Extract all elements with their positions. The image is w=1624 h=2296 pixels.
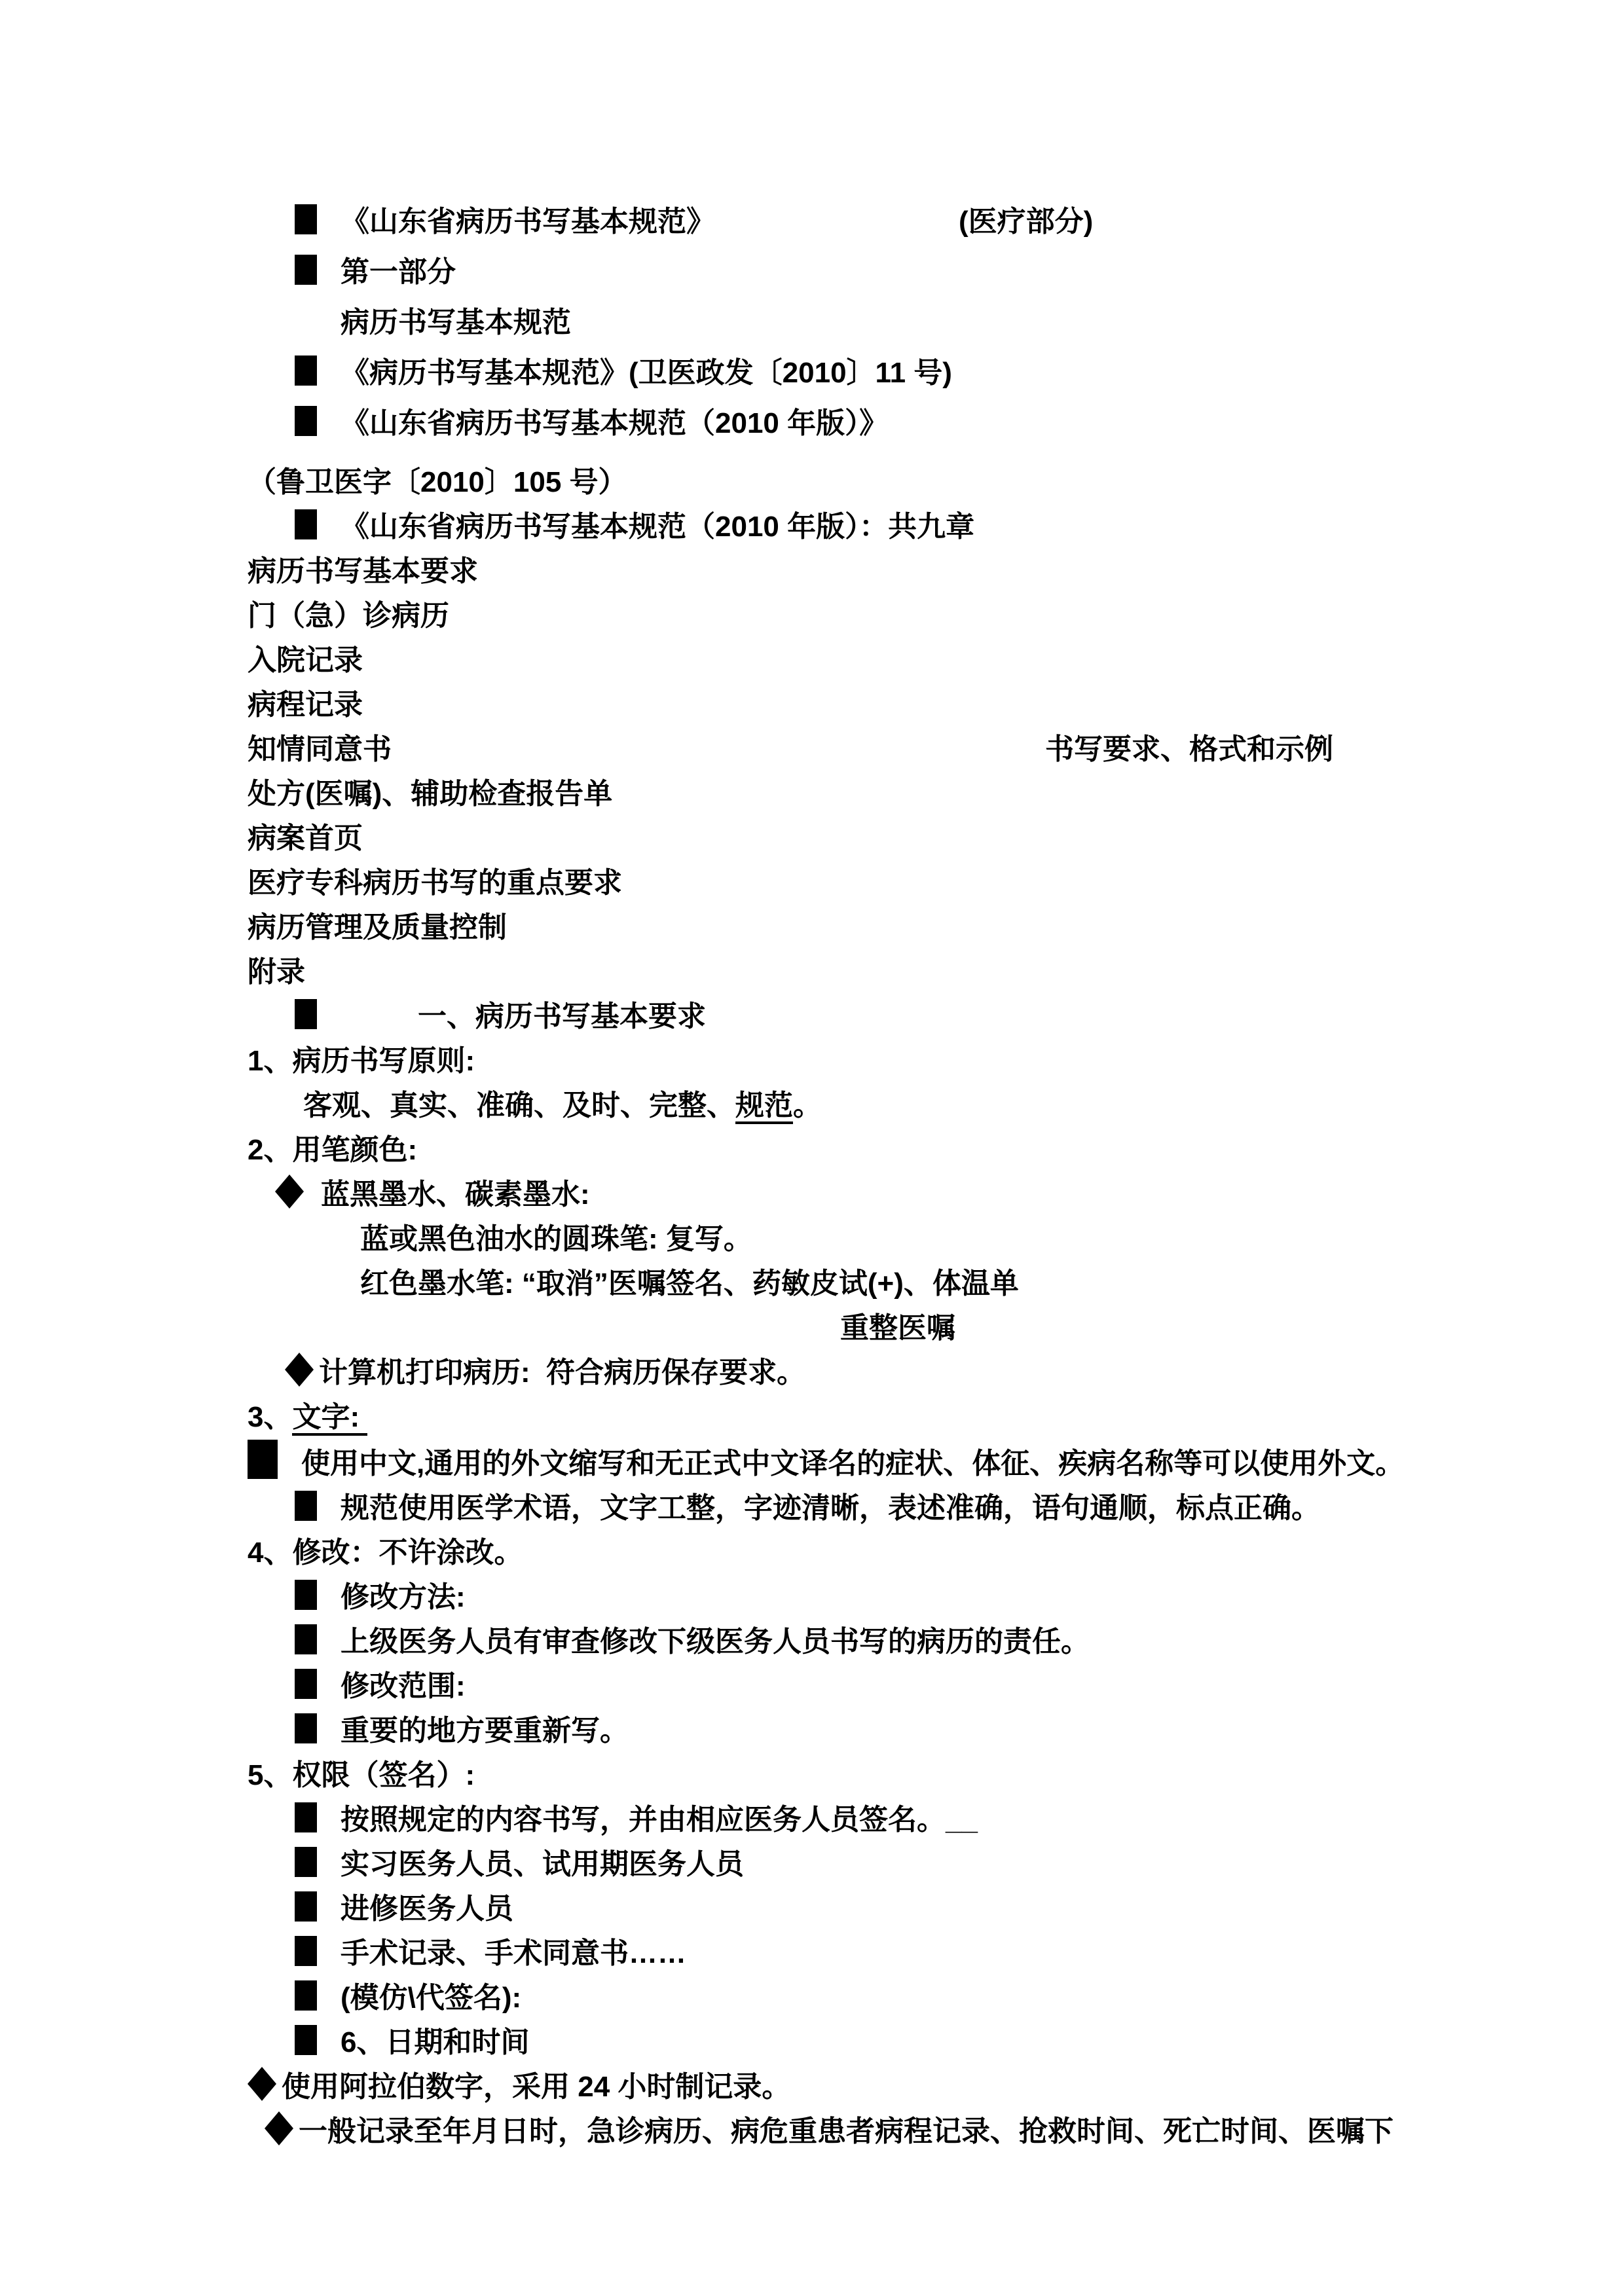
line-text: 3、 [248,1401,292,1433]
line-text: 红色墨水笔: “取消”医嘱签名、药敏皮试(+)、体温单 [360,1267,1019,1300]
line-text: 。 [793,1089,822,1121]
text-line: 按照规定的内容书写，并由相应医务人员签名。__ [0,1798,1624,1842]
text-line: 6、日期和时间 [0,2020,1624,2065]
line-text: 处方(医嘱)、辅助检查报告单 [248,778,612,810]
bullet-square-icon [295,1936,317,1966]
text-line: 入院记录 [0,638,1624,683]
line-text: （鲁卫医字〔2010〕105 号） [248,466,627,498]
bullet-square-icon [295,255,317,285]
line-text: 第一部分 [341,256,456,288]
line-text: 进修医务人员 [341,1893,513,1925]
line-text: 使用中文,通用的外文缩写和无正式中文译名的症状、体征、疾病名称等可以使用外文。 [301,1448,1404,1480]
text-line: 修改方法: [0,1575,1624,1620]
line-text: 《山东省病历书写基本规范》 [341,206,715,238]
line-text: 《病历书写基本规范》(卫医政发〔2010〕11 号) [341,357,952,389]
line-text: 一、病历书写基本要求 [418,1000,706,1032]
line-text: (模仿\代签名): [341,1982,521,2014]
text-line: 病程记录 [0,683,1624,727]
text-line: 红色墨水笔: “取消”医嘱签名、药敏皮试(+)、体温单 [0,1262,1624,1306]
bullet-square-icon [295,406,317,436]
text-line: 重整医嘱 [0,1306,1624,1351]
line-text: 计算机打印病历: 符合病历保存要求。 [319,1357,805,1389]
text-line: 病案首页 [0,816,1624,861]
text-line: 《山东省病历书写基本规范（2010 年版）：共九章 [0,505,1624,549]
text-line: 重要的地方要重新写。 [0,1709,1624,1753]
line-text: 病历书写基本要求 [248,555,478,587]
line-text: 蓝或黑色油水的圆珠笔: 复写。 [360,1223,752,1255]
line-text: 《山东省病历书写基本规范（2010 年版）：共九章 [341,511,974,543]
bullet-square-icon [295,1802,317,1832]
line-text: 使用阿拉伯数字，采用 24 小时制记录。 [282,2071,790,2103]
line-text: 病历书写基本规范 [341,306,571,338]
bullet-diamond-icon [248,2067,276,2101]
line-text: 病案首页 [248,822,363,854]
bullet-square-icon [248,1440,278,1479]
text-line: 计算机打印病历: 符合病历保存要求。 [0,1351,1624,1395]
right-aligned-text: (医疗部分) [959,200,1093,244]
text-line: 医疗专科病历书写的重点要求 [0,861,1624,905]
text-line: 病历书写基本规范 [0,301,1624,345]
bullet-square-icon [295,1713,317,1743]
line-text: 按照规定的内容书写，并由相应医务人员签名。__ [341,1804,978,1836]
text-line: 门（急）诊病历 [0,594,1624,638]
text-line: 病历管理及质量控制 [0,905,1624,950]
bullet-diamond-icon [275,1175,304,1209]
text-line: 附录 [0,950,1624,994]
line-text: 重要的地方要重新写。 [341,1715,629,1747]
document-page: 《山东省病历书写基本规范》(医疗部分) 第一部分 病历书写基本规范 《病历书写基… [0,0,1624,2296]
line-text: 蓝黑墨水、碳素墨水: [321,1178,590,1211]
line-text: 修改方法: [341,1581,466,1613]
text-line: 《山东省病历书写基本规范（2010 年版）》 [0,401,1624,446]
text-line: 使用中文,通用的外文缩写和无正式中文译名的症状、体征、疾病名称等可以使用外文。 [0,1440,1624,1486]
text-line: 一般记录至年月日时，急诊病历、病危重患者病程记录、抢救时间、死亡时间、医嘱下 [0,2109,1624,2154]
text-line: 实习医务人员、试用期医务人员 [0,1842,1624,1887]
text-line: 《病历书写基本规范》(卫医政发〔2010〕11 号) [0,351,1624,395]
text-line-section-heading: 一、病历书写基本要求 [0,994,1624,1039]
bullet-square-icon [295,1980,317,2011]
line-text: 2、用笔颜色: [248,1134,417,1166]
text-line: 进修医务人员 [0,1887,1624,1931]
text-line: 4、修改：不许涂改。 [0,1531,1624,1575]
line-text: 6、日期和时间 [341,2026,529,2058]
line-text: 病历管理及质量控制 [248,911,507,943]
text-line: 手术记录、手术同意书…… [0,1931,1624,1976]
line-text: 医疗专科病历书写的重点要求 [248,867,622,899]
line-text: 规范使用医学术语，文字工整，字迹清晰，表述准确，语句通顺，标点正确。 [341,1492,1320,1524]
text-line: 第一部分 [0,250,1624,295]
text-line: (模仿\代签名): [0,1976,1624,2020]
bullet-diamond-icon [285,1353,314,1387]
bullet-square-icon [295,999,317,1029]
text-line: 病历书写基本要求 [0,549,1624,594]
text-line: 5、权限（签名）: [0,1753,1624,1798]
line-text: 上级医务人员有审查修改下级医务人员书写的病历的责任。 [341,1626,1090,1658]
line-text: 门（急）诊病历 [248,600,449,632]
bullet-square-icon [295,1891,317,1922]
line-text: 4、修改：不许涂改。 [248,1537,523,1569]
line-text: 手术记录、手术同意书…… [341,1937,686,1969]
line-text: 重整医嘱 [840,1312,955,1344]
text-line: 上级医务人员有审查修改下级医务人员书写的病历的责任。 [0,1620,1624,1664]
bullet-square-icon [295,1669,317,1699]
text-line: 蓝黑墨水、碳素墨水: [0,1173,1624,1217]
text-line: 客观、真实、准确、及时、完整、规范。 [0,1084,1624,1128]
bullet-square-icon [295,2025,317,2055]
bullet-square-icon [295,509,317,539]
line-text: 修改范围: [341,1670,466,1702]
line-text-underlined: 文字: [292,1401,367,1436]
bullet-square-icon [295,1847,317,1877]
line-text: 客观、真实、准确、及时、完整、 [303,1089,735,1121]
line-text-underlined: 规范 [735,1089,793,1124]
bullet-diamond-icon [265,2111,293,2145]
text-line: 2、用笔颜色: [0,1128,1624,1173]
line-text: 5、权限（签名）: [248,1759,475,1791]
text-line: 3、文字: [0,1395,1624,1440]
line-text: 附录 [248,956,305,988]
bullet-square-icon [295,204,317,234]
text-line: （鲁卫医字〔2010〕105 号） [0,460,1624,505]
line-text: 知情同意书 [248,733,392,765]
line-text: 1、病历书写原则: [248,1045,475,1077]
text-line: 使用阿拉伯数字，采用 24 小时制记录。 [0,2065,1624,2109]
text-line: 蓝或黑色油水的圆珠笔: 复写。 [0,1217,1624,1262]
line-text: 入院记录 [248,644,363,676]
bullet-square-icon [295,355,317,386]
line-text: 一般记录至年月日时，急诊病历、病危重患者病程记录、抢救时间、死亡时间、医嘱下 [299,2115,1393,2147]
text-line: 规范使用医学术语，文字工整，字迹清晰，表述准确，语句通顺，标点正确。 [0,1486,1624,1531]
text-line: 知情同意书书写要求、格式和示例 [0,727,1624,772]
text-line: 《山东省病历书写基本规范》(医疗部分) [0,200,1624,244]
text-line: 修改范围: [0,1664,1624,1709]
bullet-square-icon [295,1624,317,1654]
line-text: 病程记录 [248,689,363,721]
text-line: 1、病历书写原则: [0,1039,1624,1084]
line-text: 实习医务人员、试用期医务人员 [341,1848,744,1880]
right-aligned-text: 书写要求、格式和示例 [1045,727,1333,772]
line-text: 《山东省病历书写基本规范（2010 年版）》 [341,407,888,439]
text-line: 处方(医嘱)、辅助检查报告单 [0,772,1624,816]
bullet-square-icon [295,1491,317,1521]
bullet-square-icon [295,1580,317,1610]
